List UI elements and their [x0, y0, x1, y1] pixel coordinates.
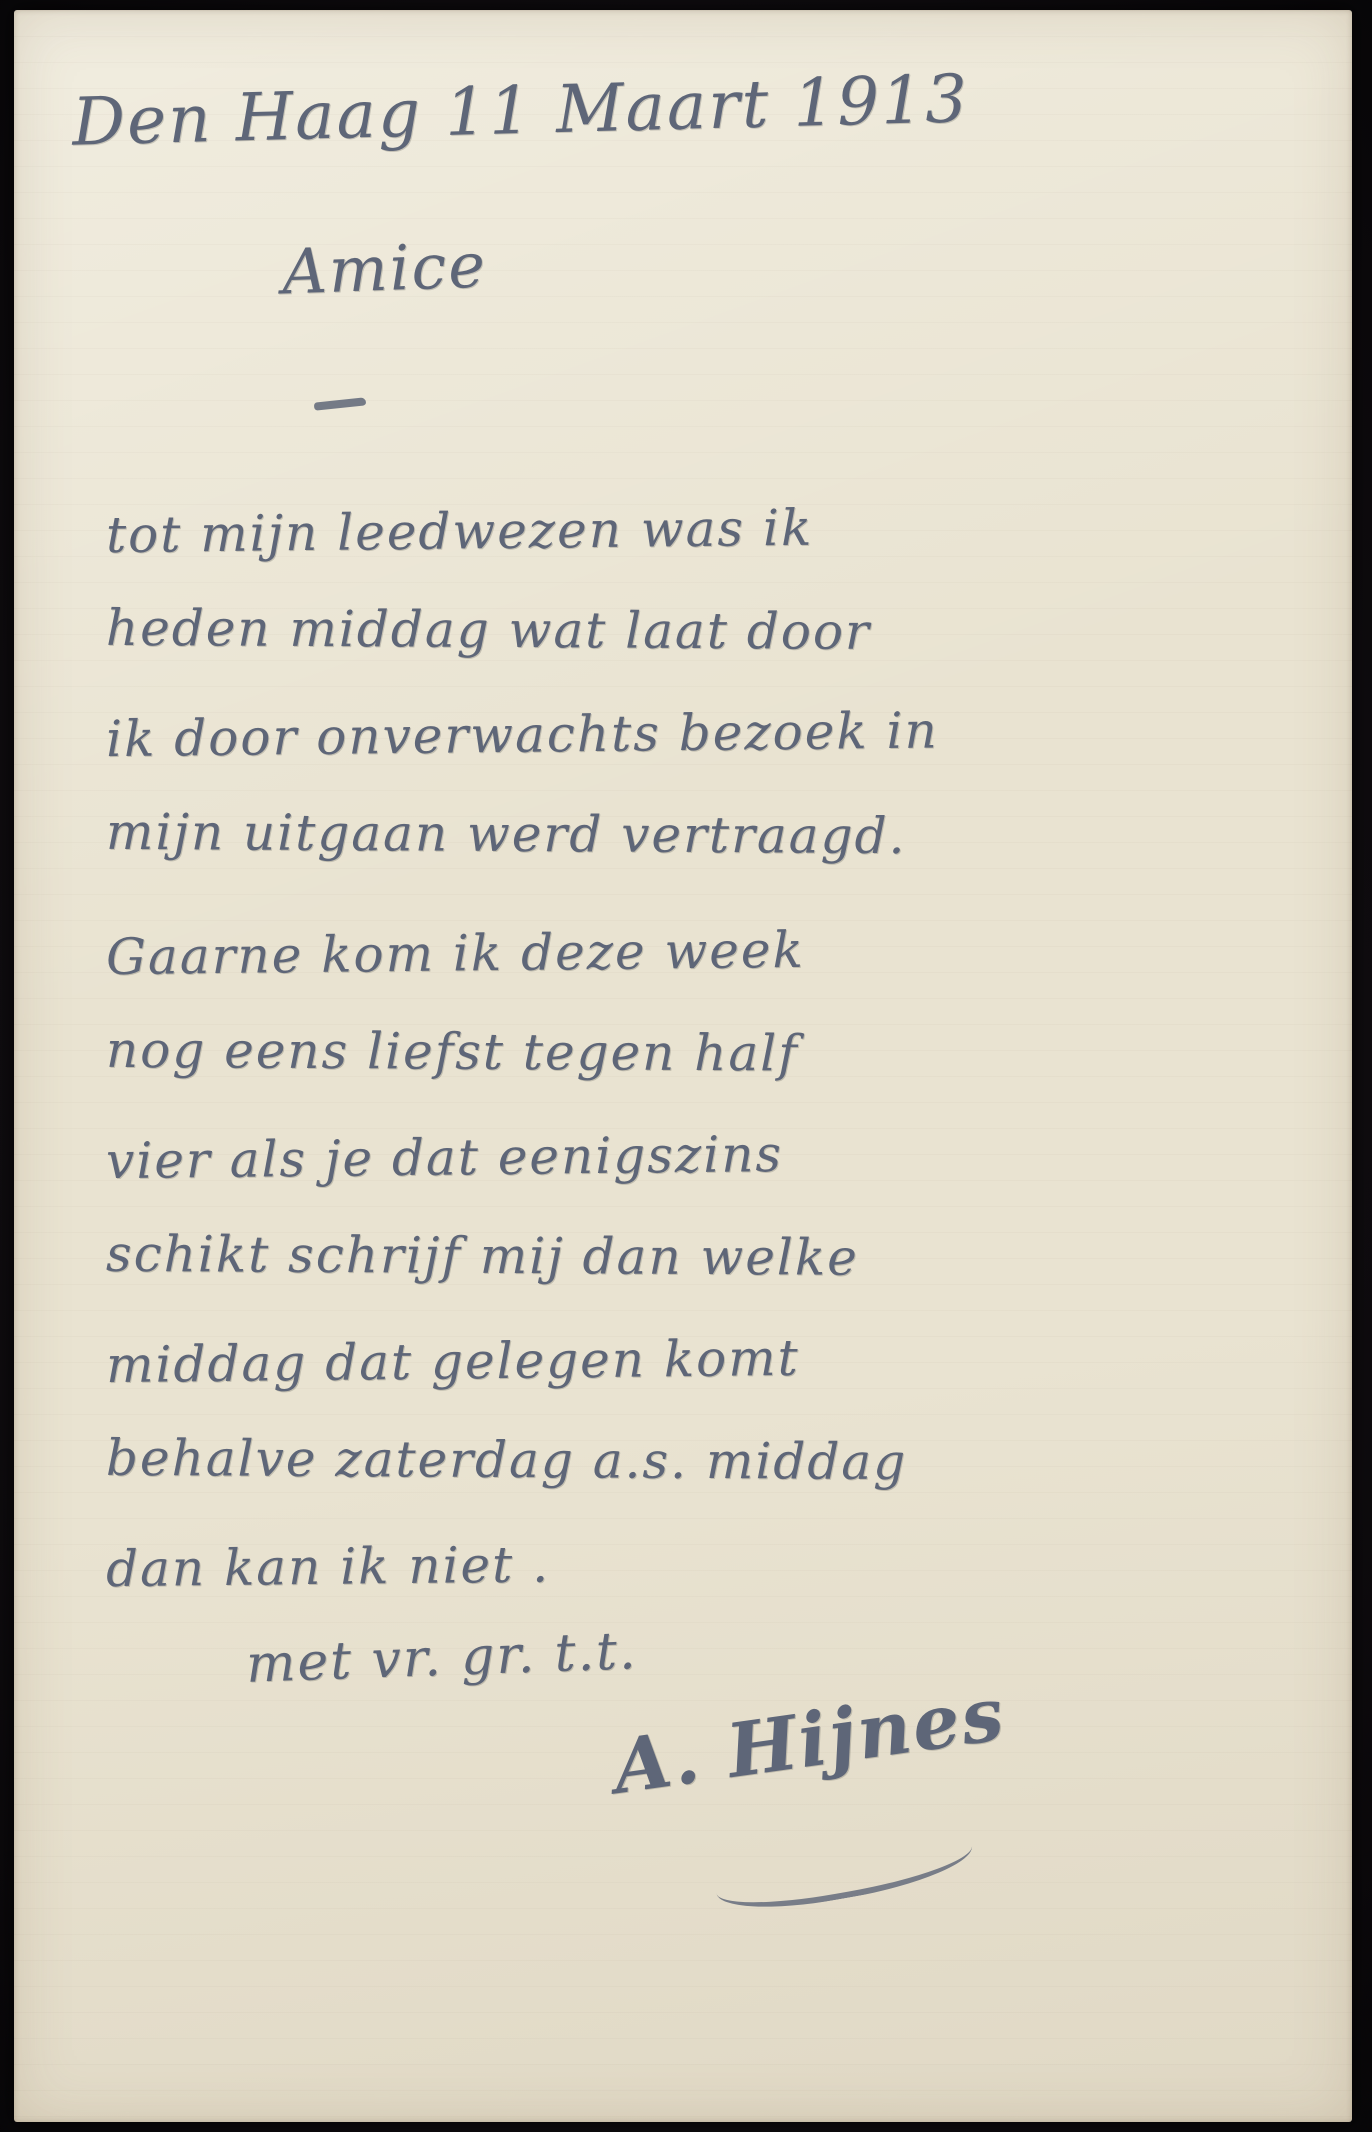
photo-background: Den Haag 11 Maart 1913 Amice tot mijn le…	[0, 0, 1372, 2132]
letter-body-line: tot mijn leedwezen was ik	[105, 472, 1286, 586]
letter-body-line: behalve zaterdag a.s. middag	[106, 1407, 1287, 1515]
letter-body-line: nog eens liefst tegen half	[106, 999, 1287, 1107]
letter-body-line: ik door onverwachts bezoek in	[105, 676, 1286, 790]
letter-signature: A. Hijnes	[608, 1671, 1010, 1811]
letter-body-line: dan kan ik niet .	[105, 1506, 1286, 1620]
letter-body: tot mijn leedwezen was ikheden middag wa…	[106, 478, 1286, 1614]
letter-paper: Den Haag 11 Maart 1913 Amice tot mijn le…	[14, 10, 1352, 2122]
letter-body-line: heden middag wat laat door	[106, 577, 1287, 685]
letter-closing: met vr. gr. t.t.	[245, 1621, 638, 1695]
letter-body-line: vier als je dat eenigszins	[105, 1098, 1286, 1212]
salutation-underline	[314, 397, 367, 410]
letter-body-line: middag dat gelegen komt	[105, 1302, 1286, 1416]
letter-body-line: mijn uitgaan werd vertraagd.	[106, 781, 1287, 889]
letter-body-line: Gaarne kom ik deze week	[105, 894, 1286, 1008]
letter-body-line: schikt schrijf mij dan welke	[106, 1203, 1287, 1311]
signature-flourish	[711, 1816, 977, 1920]
letter-dateline: Den Haag 11 Maart 1913	[71, 60, 970, 160]
letter-salutation: Amice	[281, 228, 488, 308]
